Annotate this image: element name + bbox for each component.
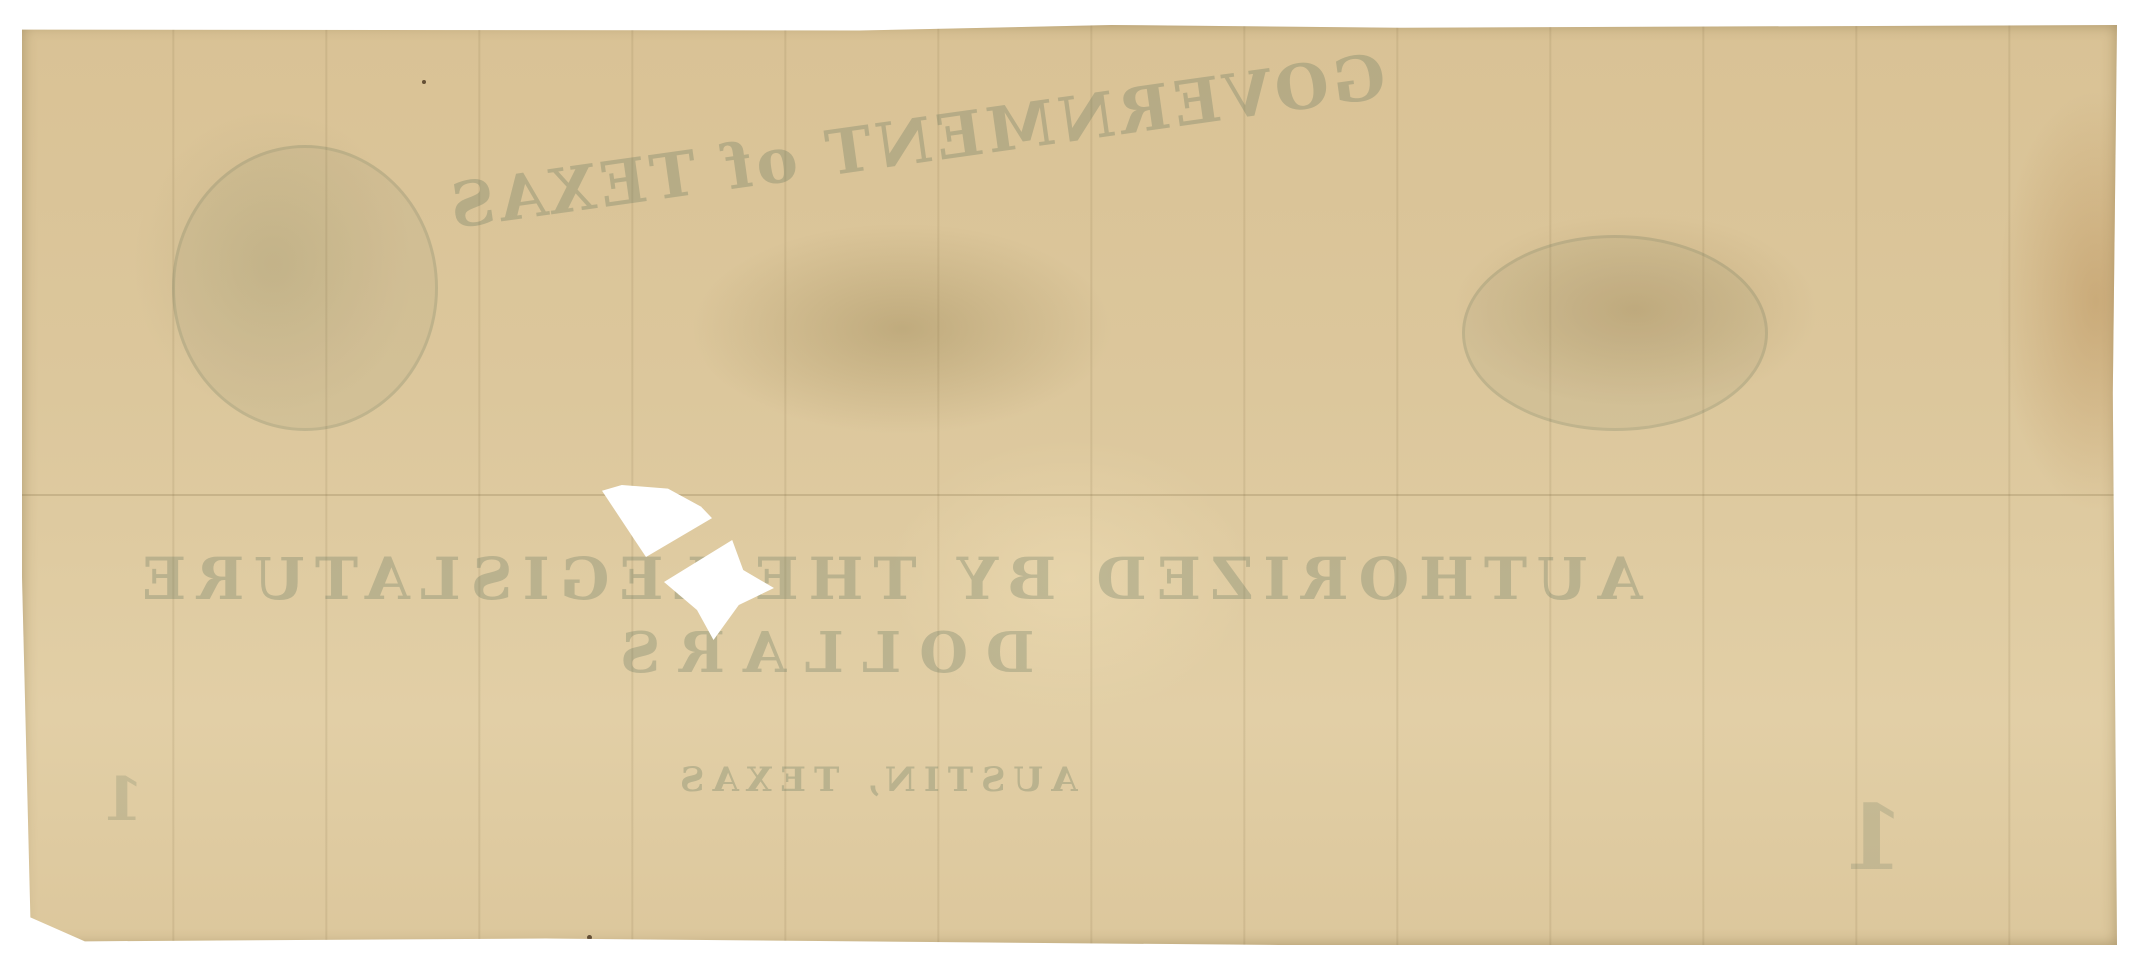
right-numeral: 1 — [1842, 785, 1905, 891]
bleed-text-dollars: DOLLARS — [602, 620, 1035, 686]
banknote-paper: GOVERNMENT of TEXAS AUTHORIZED BY THE LE… — [22, 25, 2117, 945]
bleed-text-authorized: AUTHORIZED BY THE LEGISLATURE — [132, 545, 1643, 613]
ink-spot — [587, 935, 592, 940]
bleed-text-austin: AUSTIN, TEXAS — [672, 760, 1078, 800]
horizontal-fold-line — [22, 494, 2117, 496]
left-oval-vignette — [172, 145, 438, 431]
right-oval-vignette — [1462, 235, 1768, 431]
ink-spot — [422, 80, 426, 84]
left-numeral: 1 — [102, 765, 144, 835]
